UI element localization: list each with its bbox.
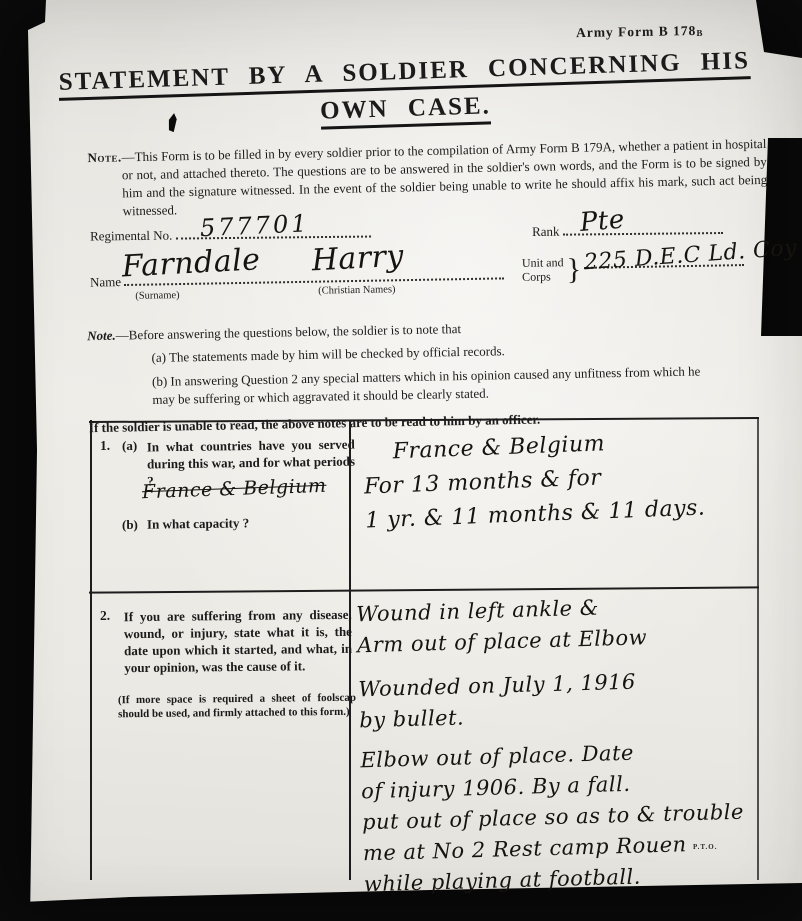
- q1-b-label: (b): [122, 517, 138, 533]
- q1-number: 1.: [100, 438, 110, 454]
- christian-names-caption: (Christian Names): [318, 284, 395, 296]
- q2-answer: Wound in left ankle & Arm out of place a…: [356, 589, 746, 901]
- q2-number: 2.: [100, 608, 110, 624]
- name-field: Name Farndale Harry (Surname) (Christian…: [90, 264, 505, 290]
- scanned-army-form: Army Form B 178B STATEMENT BY A SOLDIER …: [0, 0, 802, 921]
- regimental-no-value: 577701: [199, 209, 310, 242]
- form-number-main: Army Form B 178: [576, 23, 697, 40]
- form-title-line1: STATEMENT BY A SOLDIER CONCERNING HIS: [58, 47, 750, 101]
- pto-note: P.T.O.: [693, 843, 717, 851]
- q1-b-text: In what capacity ?: [147, 515, 249, 532]
- regimental-no-field: Regimental No. 577701: [90, 223, 371, 245]
- scan-border-top-right: [748, 0, 802, 58]
- name-surname-value: Farndale: [121, 242, 261, 284]
- unit-field: Unit and Corps } 225 D.E.C Ld. Coy: [522, 250, 745, 288]
- surname-caption: (Surname): [135, 290, 180, 302]
- pre-note-item-b: (b) In answering Question 2 any special …: [152, 362, 719, 408]
- pre-note-intro-rest: —Before answering the questions below, t…: [116, 321, 462, 343]
- top-note-label: Note.: [87, 149, 121, 165]
- q1-answer: France & Belgium For 13 months & for 1 y…: [362, 424, 706, 539]
- unit-label-line2: Corps: [522, 270, 564, 285]
- regimental-no-label: Regimental No.: [90, 228, 172, 244]
- unit-brace: }: [566, 253, 581, 288]
- rank-label: Rank: [532, 224, 560, 239]
- pre-note-item-a: (a) The statements made by him will be c…: [151, 339, 735, 366]
- form-number-suffix: B: [696, 28, 703, 38]
- pre-note-label: Note.: [87, 328, 116, 344]
- scan-border-left: [0, 0, 50, 921]
- form-title: STATEMENT BY A SOLDIER CONCERNING HIS OW…: [54, 47, 756, 138]
- table-left-border: [90, 420, 92, 880]
- name-christian-value: Harry: [311, 239, 405, 279]
- form-title-line2: OWN CASE.: [320, 92, 492, 129]
- top-note-body: —This Form is to be filled in by every s…: [121, 136, 767, 218]
- q2-footnote: (If more space is required a sheet of fo…: [118, 691, 356, 722]
- name-label: Name: [90, 274, 121, 290]
- rank-field: Rank Pte: [532, 219, 723, 240]
- rank-value: Pte: [579, 205, 626, 238]
- table-right-border: [757, 418, 759, 880]
- q1-a-label: (a): [122, 438, 137, 454]
- form-number: Army Form B 178B: [576, 23, 704, 41]
- q2-text: If you are suffering from any disease, w…: [124, 606, 353, 677]
- top-note: Note.—This Form is to be filled in by ev…: [87, 135, 767, 221]
